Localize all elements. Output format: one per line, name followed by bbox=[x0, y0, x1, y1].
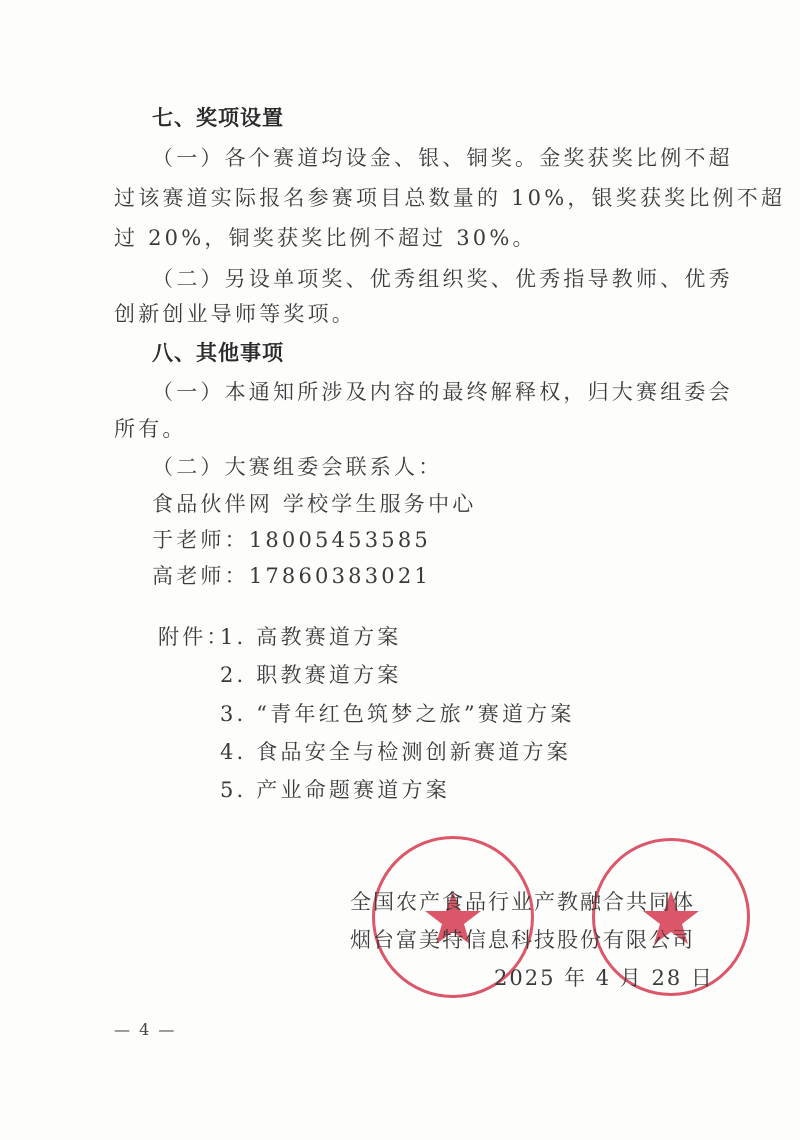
page-number: — 4 — bbox=[114, 1020, 176, 1039]
contact-phone: 18005453585 bbox=[249, 528, 431, 552]
contact-label: 高老师： bbox=[152, 564, 249, 588]
contact-label: 于老师： bbox=[152, 528, 249, 552]
paragraph-line: （一）各个赛道均设金、银、铜奖。金奖获奖比例不超 bbox=[152, 143, 733, 173]
paragraph-line: 创新创业导师等奖项。 bbox=[114, 299, 356, 329]
signature-org-2: 烟台富美特信息科技股份有限公司 bbox=[350, 924, 695, 954]
contact-phone: 17860383021 bbox=[249, 564, 431, 588]
contact-person: 于老师：18005453585 bbox=[152, 525, 431, 555]
attachment-item: 1. 高教赛道方案 bbox=[220, 622, 402, 652]
paragraph-line: （二）另设单项奖、优秀组织奖、优秀指导教师、优秀 bbox=[152, 264, 733, 294]
paragraph-line: 所有。 bbox=[114, 414, 187, 444]
attachment-item: 5. 产业命题赛道方案 bbox=[220, 775, 450, 805]
section-heading-awards: 七、奖项设置 bbox=[152, 103, 284, 133]
paragraph-line: （二）大赛组委会联系人： bbox=[152, 452, 442, 482]
signature-org-1: 全国农产食品行业产教融合共同体 bbox=[350, 886, 695, 916]
attachment-item: 4. 食品安全与检测创新赛道方案 bbox=[220, 737, 571, 767]
section-heading-other: 八、其他事项 bbox=[152, 338, 284, 368]
contact-person: 高老师：17860383021 bbox=[152, 561, 431, 591]
signature-date: 2025 年 4 月 28 日 bbox=[494, 962, 714, 992]
contact-org: 食品伙伴网 学校学生服务中心 bbox=[152, 489, 476, 519]
paragraph-line: 过该赛道实际报名参赛项目总数量的 10%，银奖获奖比例不超 bbox=[114, 183, 785, 213]
paragraph-line: （一）本通知所涉及内容的最终解释权，归大赛组委会 bbox=[152, 377, 733, 407]
attachment-item: 3. “青年红色筑梦之旅”赛道方案 bbox=[220, 699, 575, 729]
attachment-item: 2. 职教赛道方案 bbox=[220, 660, 402, 690]
paragraph-line: 过 20%，铜奖获奖比例不超过 30%。 bbox=[114, 223, 537, 253]
